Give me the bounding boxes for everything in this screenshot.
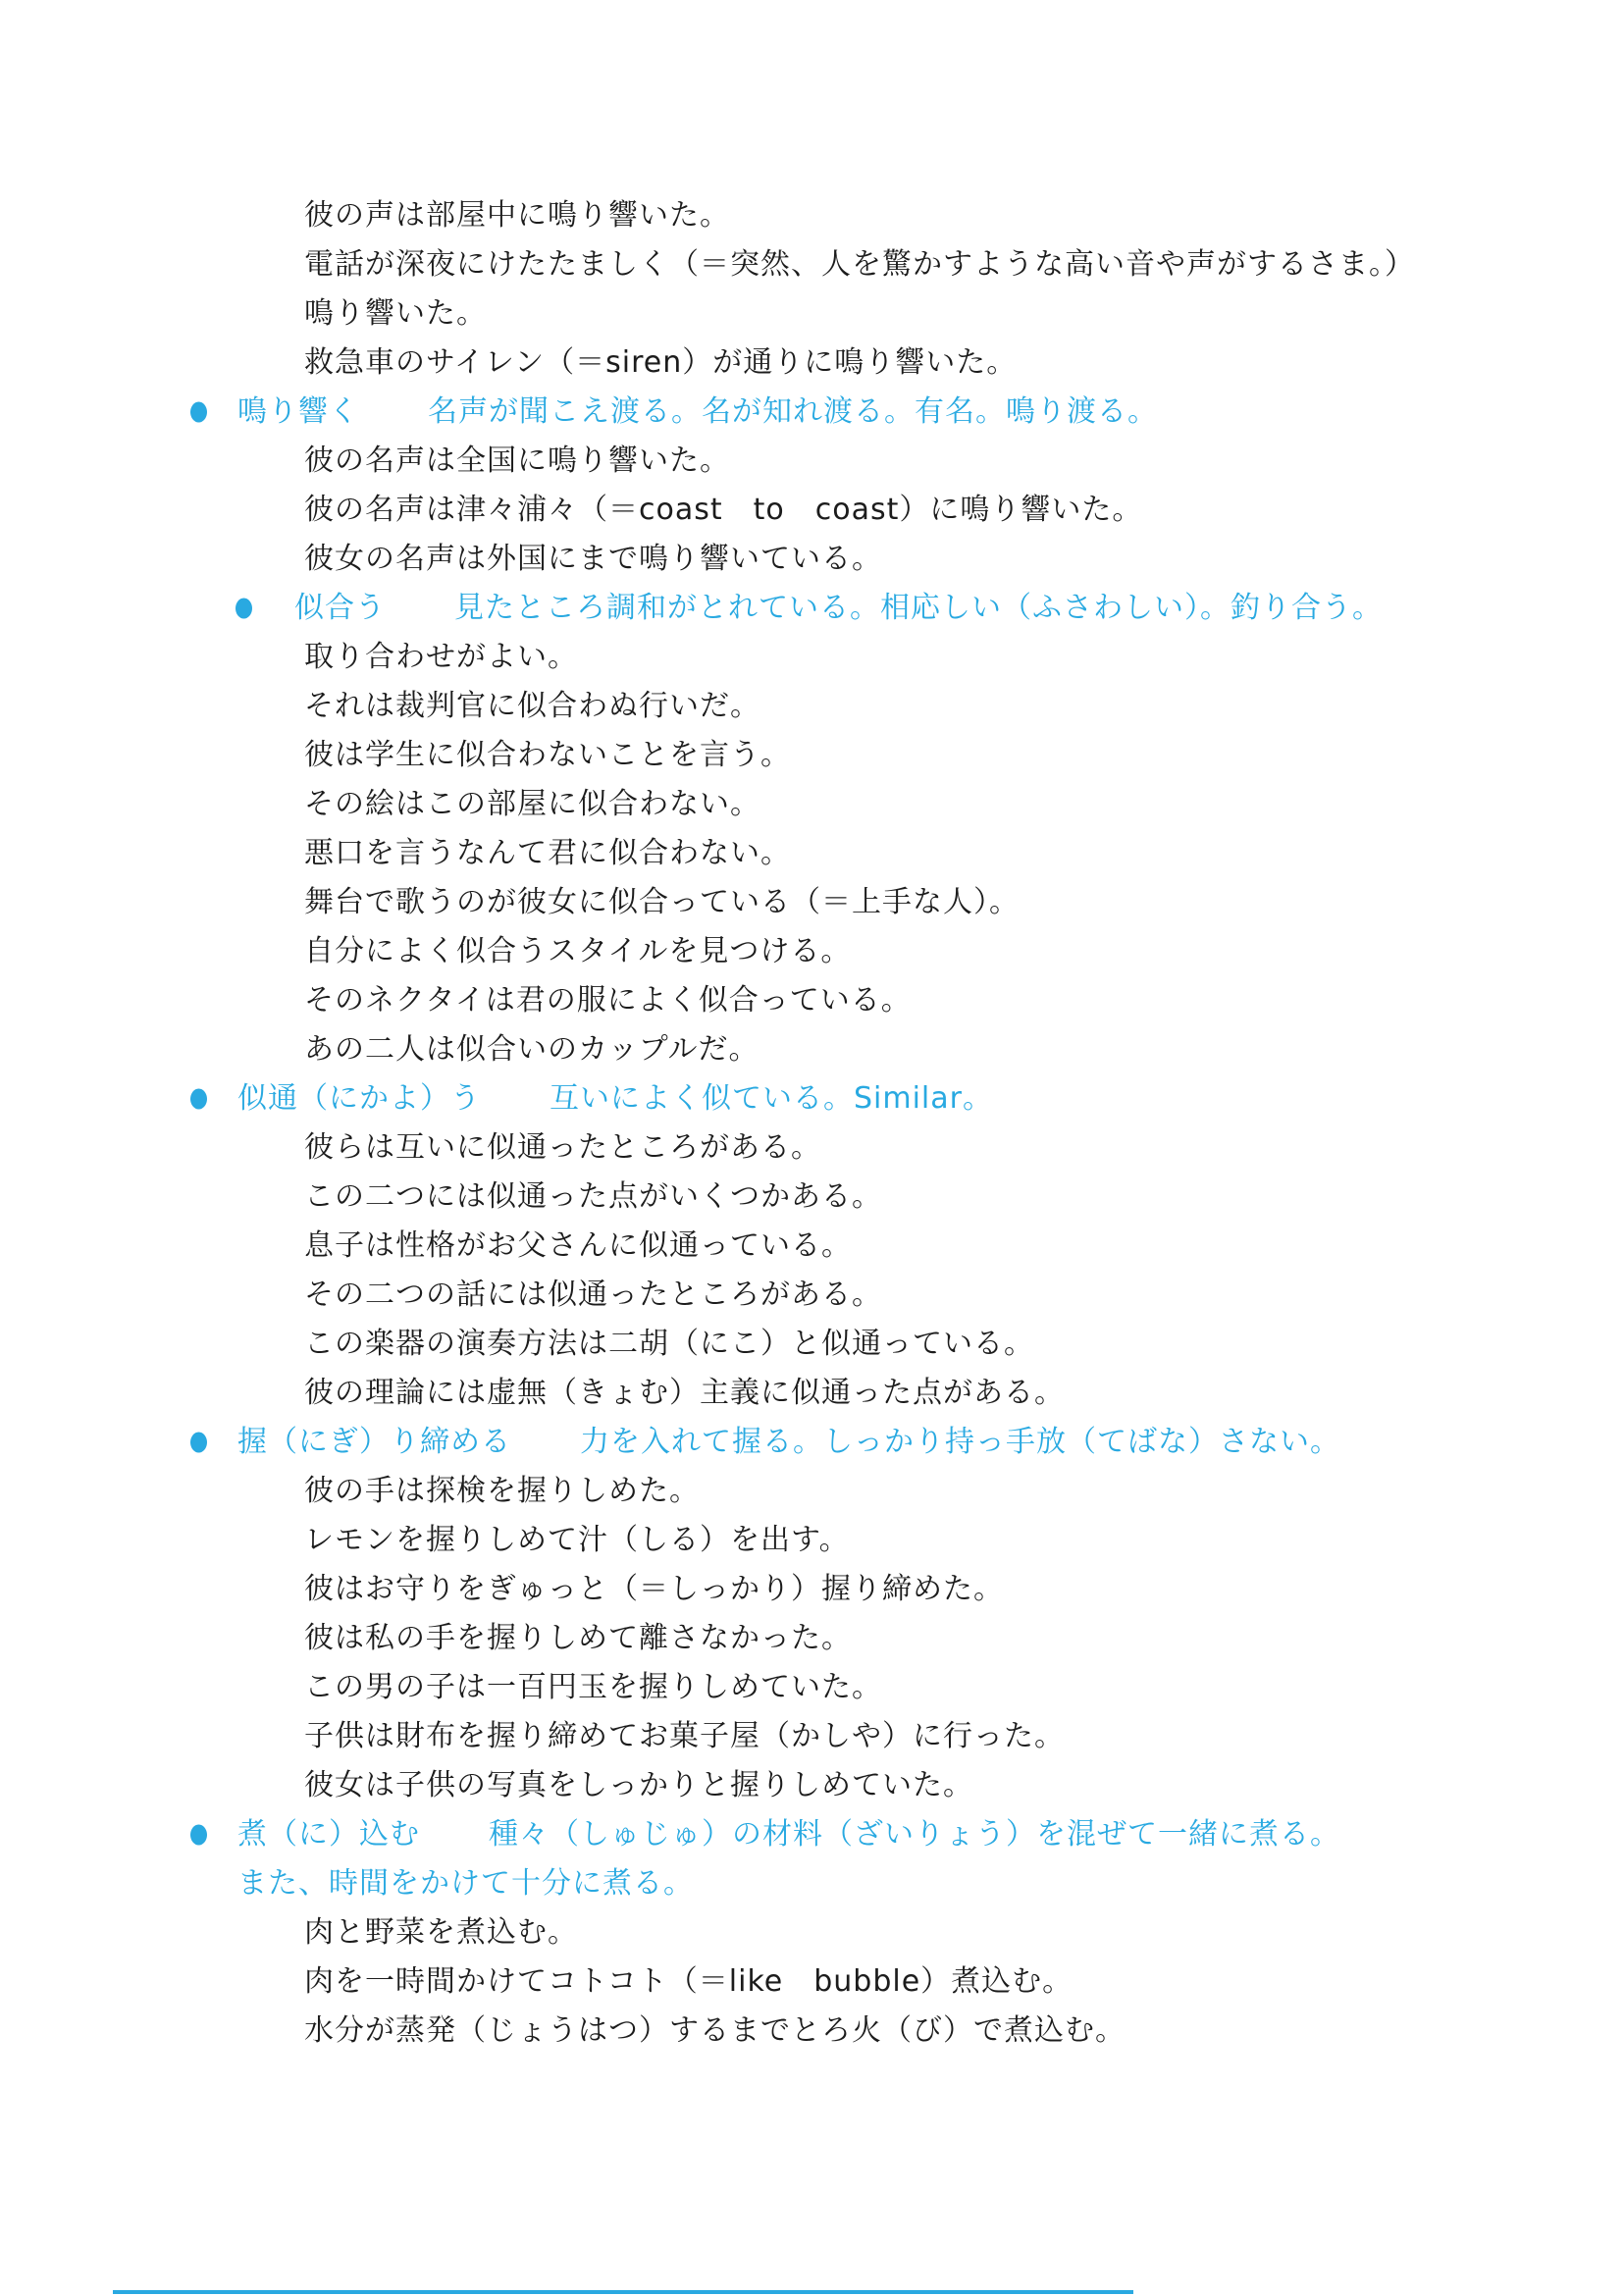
example-sentence: 彼の名声は津々浦々（＝coast to coast）に鳴り響いた。 [304,493,1142,527]
example-sentence-row: 彼はお守りをぎゅっと（＝しっかり）握り締めた。 [0,1565,1624,1614]
entry-headword: 握（にぎ）り締める [237,1425,511,1459]
example-sentence: 水分が蒸発（じょうはつ）するまでとろ火（び）で煮込む。 [304,2013,1126,2048]
example-sentence: それは裁判官に似合わぬ行いだ。 [304,689,760,723]
example-sentence: この男の子は一百円玉を握りしめていた。 [304,1670,882,1704]
entry-headword: 鳴り響く [237,394,359,429]
example-sentence-row: 子供は財布を握り締めてお菓子屋（かしや）に行った。 [0,1712,1624,1761]
entry-headword: 似通（にかよ）う [237,1081,481,1116]
entry-heading-row: 握（にぎ）り締める力を入れて握る。しっかり持っ手放（てばな）さない。 [0,1418,1624,1467]
example-sentence: 彼は私の手を握りしめて離さなかった。 [304,1621,852,1655]
entry-heading-row: 鳴り響く名声が聞こえ渡る。名が知れ渡る。有名。鳴り渡る。 [0,388,1624,437]
example-sentence: 肉を一時間かけてコトコト（＝like bubble）煮込む。 [304,1964,1073,1999]
bullet-icon [190,402,207,423]
example-sentence: 取り合わせがよい。 [304,640,578,674]
example-sentence-row: あの二人は似合いのカップルだ。 [0,1025,1624,1074]
example-sentence-row: 彼は学生に似合わないことを言う。 [0,731,1624,780]
example-sentence-row: 彼の理論には虚無（きょむ）主義に似通った点がある。 [0,1369,1624,1418]
example-sentence-row: 彼らは互いに似通ったところがある。 [0,1123,1624,1173]
page-bottom-rule [113,2290,1133,2294]
example-sentence: 悪口を言うなんて君に似合わない。 [304,836,791,870]
example-sentence-row: 彼女の名声は外国にまで鳴り響いている。 [0,535,1624,584]
example-sentence: 彼の声は部屋中に鳴り響いた。 [304,198,730,233]
entry-headword: 似合う [294,591,386,625]
example-sentence-row: 悪口を言うなんて君に似合わない。 [0,829,1624,878]
example-sentence-row: 水分が蒸発（じょうはつ）するまでとろ火（び）で煮込む。 [0,2007,1624,2056]
example-sentence-row: それは裁判官に似合わぬ行いだ。 [0,682,1624,731]
example-sentence-row: この楽器の演奏方法は二胡（にこ）と似通っている。 [0,1320,1624,1369]
example-sentence: 肉と野菜を煮込む。 [304,1915,578,1950]
example-sentence-row: その絵はこの部屋に似合わない。 [0,780,1624,829]
example-sentence-row: 彼は私の手を握りしめて離さなかった。 [0,1614,1624,1663]
bullet-icon [190,1825,207,1846]
example-sentence-row: そのネクタイは君の服によく似合っている。 [0,976,1624,1025]
entry-definition: 力を入れて握る。しっかり持っ手放（てばな）さない。 [580,1425,1340,1459]
entry-heading-row: 似合う見たところ調和がとれている。相応しい（ふさわしい）。釣り合う。 [0,584,1624,633]
example-sentence-row: この男の子は一百円玉を握りしめていた。 [0,1663,1624,1712]
example-sentence: 彼は学生に似合わないことを言う。 [304,738,791,772]
entry-definition-continuation: また、時間をかけて十分に煮る。 [237,1866,694,1901]
bullet-icon [190,1433,207,1453]
example-sentence: その絵はこの部屋に似合わない。 [304,787,760,821]
example-sentence-row: 彼の名声は全国に鳴り響いた。 [0,437,1624,486]
example-sentence: 息子は性格がお父さんに似通っている。 [304,1228,852,1263]
example-sentence-row: この二つには似通った点がいくつかある。 [0,1173,1624,1222]
bullet-icon [190,1089,207,1110]
example-sentence: 彼らは互いに似通ったところがある。 [304,1130,821,1165]
example-sentence: レモンを握りしめて汁（しる）を出す。 [304,1523,850,1557]
example-sentence-row: 鳴り響いた。 [0,289,1624,339]
document-content: 彼の声は部屋中に鳴り響いた。電話が深夜にけたたましく（＝突然、人を驚かすような高… [0,191,1624,2056]
example-sentence: あの二人は似合いのカップルだ。 [304,1032,760,1067]
entry-definition: 見たところ調和がとれている。相応しい（ふさわしい）。釣り合う。 [454,591,1383,625]
example-sentence-row: 彼の手は探検を握りしめた。 [0,1467,1624,1516]
example-sentence: 彼の手は探検を握りしめた。 [304,1474,700,1508]
example-sentence: 彼はお守りをぎゅっと（＝しっかり）握り締めた。 [304,1572,1004,1606]
example-sentence: 彼の名声は全国に鳴り響いた。 [304,444,730,478]
document-page: 彼の声は部屋中に鳴り響いた。電話が深夜にけたたましく（＝突然、人を驚かすような高… [0,0,1624,2296]
example-sentence-row: 舞台で歌うのが彼女に似合っている（＝上手な人）。 [0,878,1624,927]
example-sentence: 彼女の名声は外国にまで鳴り響いている。 [304,542,882,576]
example-sentence-row: 救急車のサイレン（＝siren）が通りに鳴り響いた。 [0,339,1624,388]
example-sentence: その二つの話には似通ったところがある。 [304,1278,882,1312]
example-sentence-row: 彼の名声は津々浦々（＝coast to coast）に鳴り響いた。 [0,486,1624,535]
entry-definition: 互いによく似ている。Similar。 [550,1081,993,1116]
example-sentence-row: レモンを握りしめて汁（しる）を出す。 [0,1516,1624,1565]
example-sentence: 子供は財布を握り締めてお菓子屋（かしや）に行った。 [304,1719,1065,1753]
example-sentence: この二つには似通った点がいくつかある。 [304,1179,882,1214]
entry-definition: 種々（しゅじゅ）の材料（ざいりょう）を混ぜて一緒に煮る。 [489,1817,1340,1852]
example-sentence: 自分によく似合うスタイルを見つける。 [304,934,851,968]
example-sentence-row: 彼女は子供の写真をしっかりと握りしめていた。 [0,1761,1624,1810]
example-sentence-row: その二つの話には似通ったところがある。 [0,1271,1624,1320]
example-sentence-row: 肉を一時間かけてコトコト（＝like bubble）煮込む。 [0,1957,1624,2007]
example-sentence: 電話が深夜にけたたましく（＝突然、人を驚かすような高い音や声がするさま。） [304,247,1415,282]
entry-heading-row: 似通（にかよ）う互いによく似ている。Similar。 [0,1074,1624,1123]
bullet-icon [236,599,252,619]
example-sentence-row: 電話が深夜にけたたましく（＝突然、人を驚かすような高い音や声がするさま。） [0,240,1624,289]
example-sentence-row: 彼の声は部屋中に鳴り響いた。 [0,191,1624,240]
example-sentence: 救急車のサイレン（＝siren）が通りに鳴り響いた。 [304,345,1017,380]
entry-definition-continuation-row: また、時間をかけて十分に煮る。 [0,1859,1624,1908]
example-sentence-row: 取り合わせがよい。 [0,633,1624,682]
example-sentence: 彼女は子供の写真をしっかりと握りしめていた。 [304,1768,973,1802]
example-sentence: そのネクタイは君の服によく似合っている。 [304,983,912,1018]
entry-definition: 名声が聞こえ渡る。名が知れ渡る。有名。鳴り渡る。 [428,394,1158,429]
example-sentence: 舞台で歌うのが彼女に似合っている（＝上手な人）。 [304,885,1020,919]
example-sentence-row: 肉と野菜を煮込む。 [0,1908,1624,1957]
example-sentence: この楽器の演奏方法は二胡（にこ）と似通っている。 [304,1327,1034,1361]
example-sentence-row: 自分によく似合うスタイルを見つける。 [0,927,1624,976]
example-sentence: 鳴り響いた。 [304,296,487,331]
entry-headword: 煮（に）込む [237,1817,420,1852]
example-sentence: 彼の理論には虚無（きょむ）主義に似通った点がある。 [304,1376,1065,1410]
entry-heading-row: 煮（に）込む種々（しゅじゅ）の材料（ざいりょう）を混ぜて一緒に煮る。 [0,1810,1624,1859]
example-sentence-row: 息子は性格がお父さんに似通っている。 [0,1222,1624,1271]
